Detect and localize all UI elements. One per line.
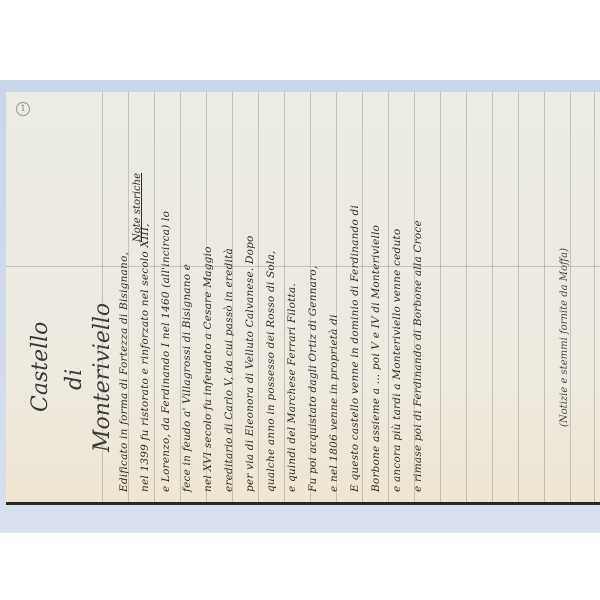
ruled-vertical-line — [128, 92, 129, 502]
manuscript-line: ereditario di Carlo V, da cui passò in e… — [223, 248, 235, 492]
manuscript-line: e nel 1806 venne in proprietà di — [328, 314, 340, 492]
ruled-vertical-line — [570, 92, 571, 502]
ruled-vertical-line — [102, 92, 103, 502]
ruled-vertical-line — [310, 92, 311, 502]
ruled-vertical-line — [544, 92, 545, 502]
title-line-1: Castello — [28, 322, 53, 412]
ruled-vertical-line — [414, 92, 415, 502]
manuscript-page: 1 Castello di Monteriviello Note storich… — [6, 92, 600, 502]
manuscript-line: e ancora più tardi a Monteriviello venne… — [391, 229, 403, 492]
manuscript-line: nel XVI secolo fu infeudato a Cesare Mag… — [202, 246, 214, 492]
ruled-vertical-line — [518, 92, 519, 502]
ruled-vertical-line — [180, 92, 181, 502]
side-note: (Notizie e stemmi fornite da Moffa) — [559, 248, 570, 427]
ruled-vertical-line — [206, 92, 207, 502]
ruled-vertical-line — [466, 92, 467, 502]
manuscript-line: e quindi del Marchese Ferrari Filotta. — [286, 283, 298, 492]
manuscript-line: per via di Eleonora di Velluto Calvanese… — [244, 235, 256, 492]
ruled-vertical-line — [284, 92, 285, 502]
manuscript-line: e Lorenzo, da Ferdinando I nel 1460 (all… — [160, 211, 172, 492]
ruled-vertical-line — [594, 92, 595, 502]
ruled-vertical-line — [388, 92, 389, 502]
manuscript-line: nel 1399 fu ristorato e rinforzato nel s… — [139, 223, 151, 492]
ruled-vertical-line — [258, 92, 259, 502]
page-number-badge: 1 — [16, 102, 30, 116]
title-line-2: di — [62, 369, 87, 390]
ruled-vertical-line — [440, 92, 441, 502]
ruled-horizontal-line — [6, 266, 600, 267]
manuscript-line: qualche anno in possesso dei Rosso di So… — [265, 251, 277, 492]
manuscript-line: Fu poi acquistato dagli Ortiz di Gennaro… — [307, 266, 319, 492]
manuscript-line: E questo castello venne in dominio di Fe… — [349, 205, 361, 492]
manuscript-line: Borbone assieme a ... poi V e IV di Mont… — [370, 225, 382, 492]
manuscript-line: fece in feudo a' Villagrossi di Bisignan… — [181, 264, 193, 492]
ruled-vertical-line — [232, 92, 233, 502]
ruled-vertical-line — [362, 92, 363, 502]
ruled-vertical-line — [492, 92, 493, 502]
ruled-vertical-line — [154, 92, 155, 502]
ruled-vertical-line — [336, 92, 337, 502]
